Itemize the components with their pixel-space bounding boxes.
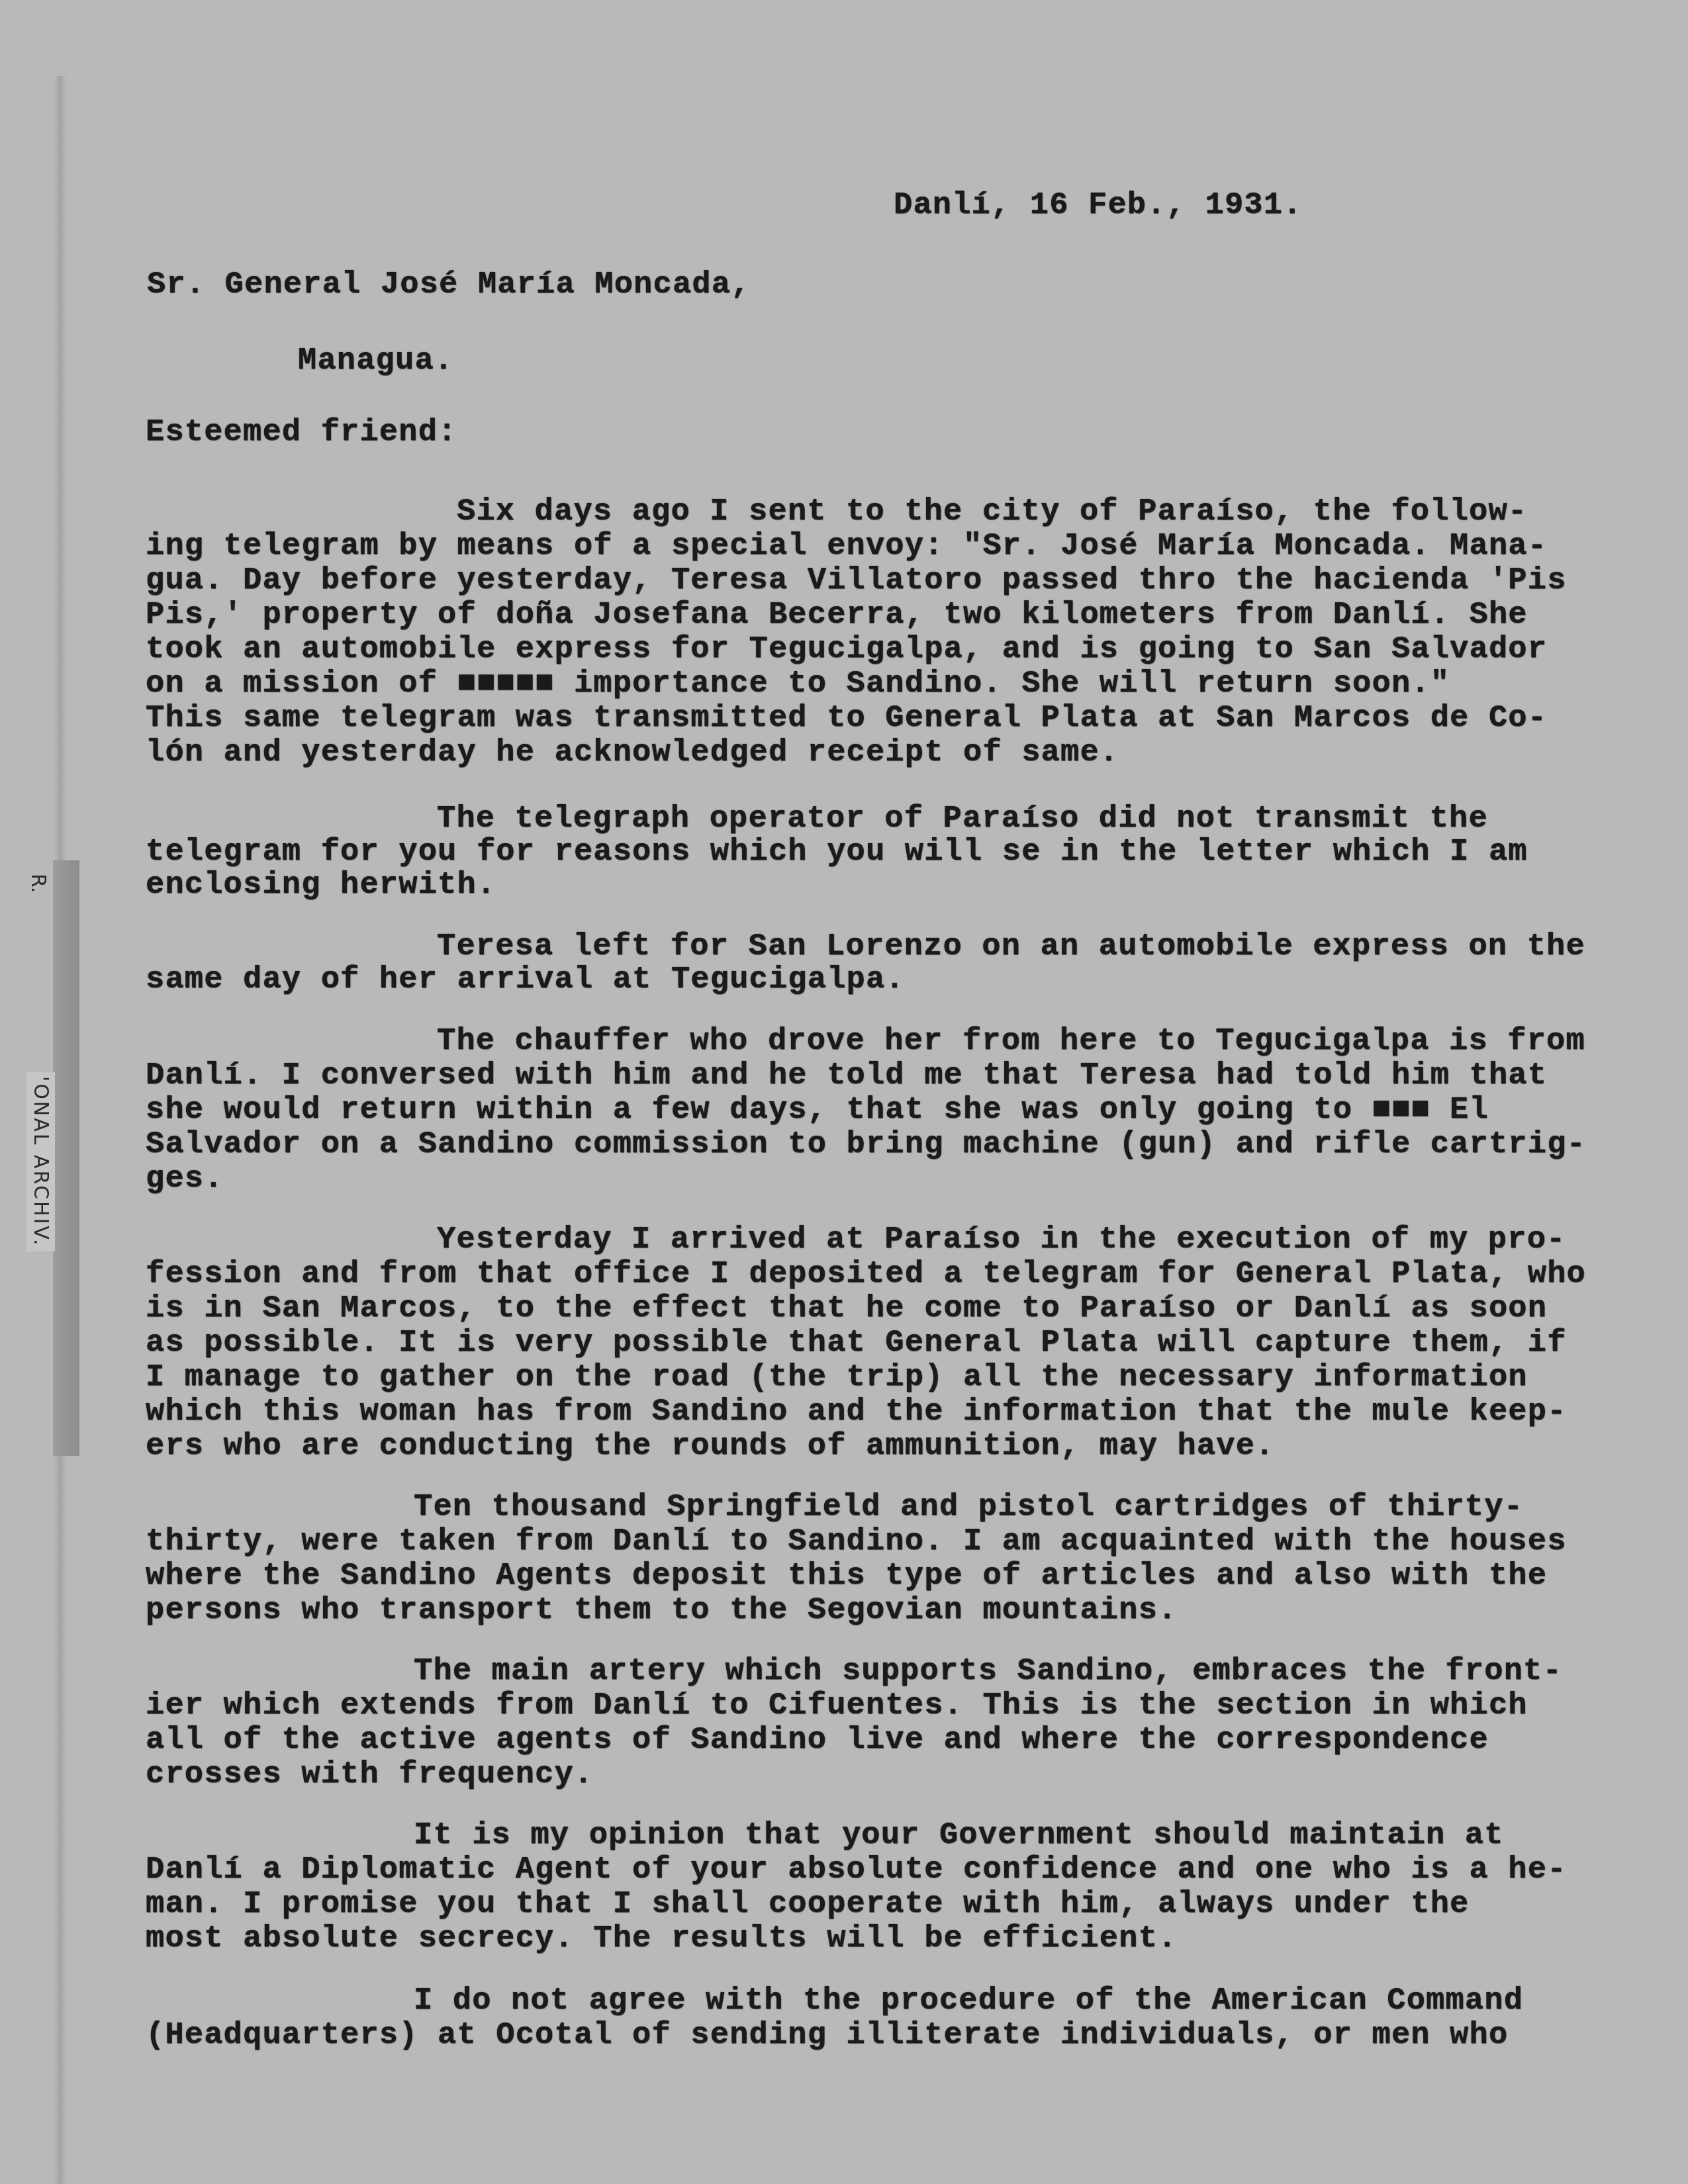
paragraph-line: The main artery which supports Sandino, … xyxy=(414,1655,1562,1689)
paragraph-line: all of the active agents of Sandino live… xyxy=(146,1723,1489,1758)
archive-stamp-fragment: R. xyxy=(26,874,50,893)
paragraph-line: most absolute secrecy. The results will … xyxy=(146,1922,1177,1956)
paragraph-line: ier which extends from Danlí to Cifuente… xyxy=(146,1689,1528,1723)
paragraph-line: I manage to gather on the road (the trip… xyxy=(146,1361,1528,1395)
paragraph-line: on a mission of ■■■■■ importance to Sand… xyxy=(146,667,1450,702)
paragraph-line: she would return within a few days, that… xyxy=(146,1093,1489,1128)
paragraph-line: enclosing herwith. xyxy=(146,868,496,903)
paragraph-line: Six days ago I sent to the city of Paraí… xyxy=(457,495,1527,529)
paragraph-line: Teresa left for San Lorenzo on an automo… xyxy=(437,930,1585,964)
paragraph-line: Pis,' property of doña Josefana Becerra,… xyxy=(146,598,1528,633)
paragraph-line: man. I promise you that I shall cooperat… xyxy=(146,1888,1470,1922)
paragraph-line: persons who transport them to the Segovi… xyxy=(146,1594,1177,1628)
paragraph-line: where the Sandino Agents deposit this ty… xyxy=(146,1559,1547,1594)
addressee-name: Sr. General José María Moncada, xyxy=(147,268,751,302)
archive-binding-strip xyxy=(53,860,79,1456)
paragraph-line: ges. xyxy=(146,1162,224,1197)
paragraph-line: is in San Marcos, to the effect that he … xyxy=(146,1292,1547,1326)
paragraph-line: I do not agree with the procedure of the… xyxy=(414,1984,1523,2019)
salutation: Esteemed friend: xyxy=(146,416,457,450)
paragraph-line: Yesterday I arrived at Paraíso in the ex… xyxy=(437,1223,1566,1257)
paragraph-line: This same telegram was transmitted to Ge… xyxy=(146,702,1547,736)
paragraph-line: Salvador on a Sandino commission to brin… xyxy=(146,1128,1586,1162)
paragraph-line: (Headquarters) at Ocotal of sending illi… xyxy=(146,2019,1508,2053)
paragraph-line: lón and yesterday he acknowledged receip… xyxy=(146,736,1119,770)
addressee-city: Managua. xyxy=(298,344,453,379)
paragraph-line: The telegraph operator of Paraíso did no… xyxy=(437,802,1488,837)
paragraph-line: same day of her arrival at Tegucigalpa. xyxy=(146,963,905,997)
place-date: Danlí, 16 Feb., 1931. xyxy=(894,189,1303,223)
paragraph-line: ers who are conducting the rounds of amm… xyxy=(146,1430,1274,1464)
paragraph-line: The chauffer who drove her from here to … xyxy=(437,1024,1585,1059)
paragraph-line: ing telegram by means of a special envoy… xyxy=(146,529,1547,564)
paragraph-line: Danlí a Diplomatic Agent of your absolut… xyxy=(146,1853,1567,1888)
paragraph-line: thirty, were taken from Danlí to Sandino… xyxy=(146,1525,1567,1559)
paragraph-line: took an automobile express for Tegucigal… xyxy=(146,633,1547,667)
paragraph-line: crosses with frequency. xyxy=(146,1758,593,1792)
paragraph-line: gua. Day before yesterday, Teresa Villat… xyxy=(146,564,1567,598)
paragraph-line: telegram for you for reasons which you w… xyxy=(146,835,1528,870)
paragraph-line: which this woman has from Sandino and th… xyxy=(146,1395,1567,1430)
paragraph-line: as possible. It is very possible that Ge… xyxy=(146,1326,1567,1361)
scanned-letter-page: R. 'ONAL ARCHIV. Danlí, 16 Feb., 1931. S… xyxy=(0,0,1688,2184)
paragraph-line: fession and from that office I deposited… xyxy=(146,1257,1586,1292)
paragraph-line: Danlí. I conversed with him and he told … xyxy=(146,1059,1547,1093)
archive-stamp-label: 'ONAL ARCHIV. xyxy=(26,1072,55,1251)
paragraph-line: Ten thousand Springfield and pistol cart… xyxy=(414,1490,1523,1525)
paragraph-line: It is my opinion that your Government sh… xyxy=(414,1819,1504,1853)
